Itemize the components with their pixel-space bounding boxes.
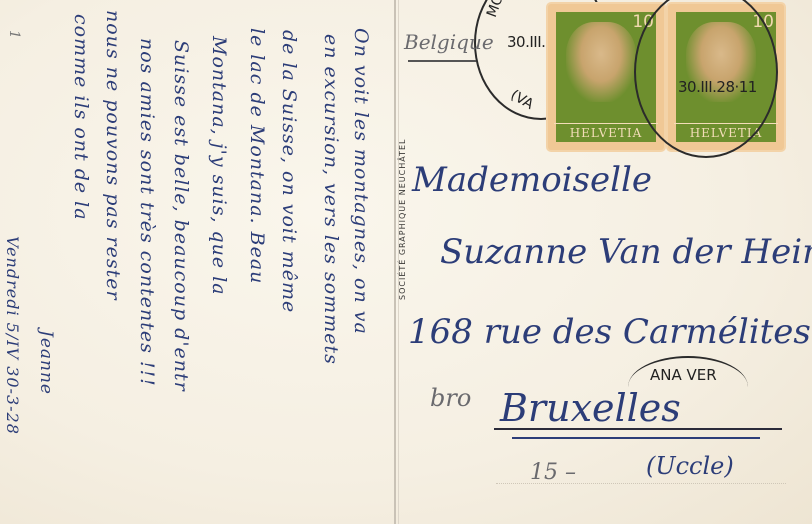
stamp-country: HELVETIA bbox=[554, 123, 658, 142]
salutation: Mademoiselle bbox=[412, 160, 652, 200]
message-line: nous ne pouvons pas rester bbox=[102, 10, 124, 301]
publisher-imprint: SOCIÉTÉ GRAPHIQUE NEUCHÂTEL bbox=[398, 139, 407, 300]
postcard: SOCIÉTÉ GRAPHIQUE NEUCHÂTEL On voit les … bbox=[0, 0, 812, 524]
message-area: On voit les montagnes, on va en excursio… bbox=[0, 0, 390, 524]
center-divider bbox=[394, 0, 396, 524]
signature: Jeanne bbox=[36, 330, 56, 395]
region: (Uccle) bbox=[646, 452, 734, 480]
recipient-name: Suzanne Van der Heim bbox=[440, 232, 812, 272]
pencil-note: bro bbox=[430, 384, 471, 412]
street-address: 168 rue des Carmélites bbox=[408, 312, 811, 352]
message-line: On voit les montagnes, on va bbox=[350, 28, 372, 335]
corner-mark: 1 bbox=[6, 30, 22, 40]
city: Bruxelles bbox=[500, 386, 681, 430]
message-line: comme ils ont de la bbox=[70, 14, 92, 221]
postal-note: 15 – bbox=[530, 460, 576, 485]
message-line: en excursion, vers les sommets bbox=[320, 34, 342, 365]
city-underline bbox=[494, 428, 782, 430]
message-line: Montana, j'y suis, que la bbox=[208, 36, 230, 296]
country-underline bbox=[408, 60, 476, 62]
arrival-postmark-text: ANA VER bbox=[650, 366, 717, 384]
message-line: nos amies sont très contentes !!! bbox=[136, 38, 158, 387]
address-guide-line bbox=[496, 483, 786, 484]
message-line: le lac de Montana. Beau bbox=[246, 28, 268, 284]
country-note: Belgique bbox=[404, 30, 494, 54]
city-double-underline bbox=[512, 437, 760, 439]
postmark-date: 30.III.28·11 bbox=[678, 78, 757, 96]
william-tell-portrait-icon bbox=[566, 22, 636, 102]
message-line: de la Suisse, on voit même bbox=[278, 30, 300, 313]
message-line: Suisse est belle, beaucoup d'entr bbox=[170, 40, 192, 392]
dateline: Vendredi 5/IV 30-3-28 bbox=[3, 236, 22, 435]
